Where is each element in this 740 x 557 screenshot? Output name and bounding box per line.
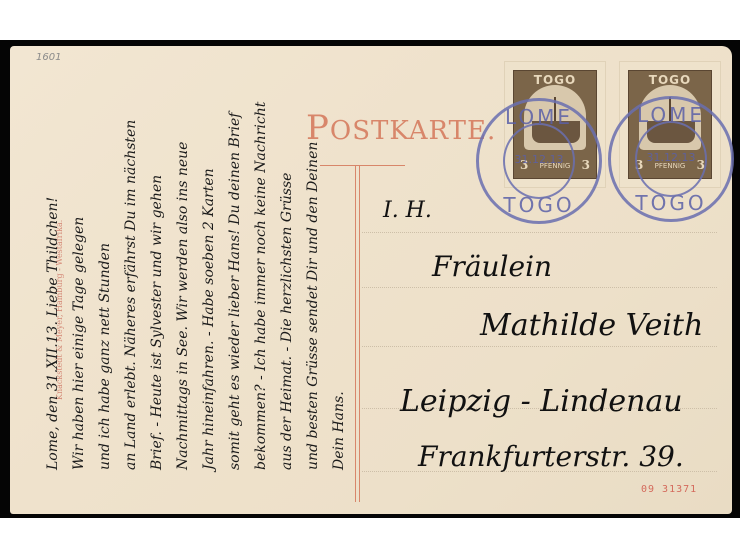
message-line: an Land erlebt. Näheres erfährst Du im n… [118,50,144,470]
message-line: bekommen? - Ich habe immer noch keine Na… [248,50,274,470]
postmark-region: TOGO [479,193,599,217]
postmark-region: TOGO [611,191,731,215]
serial-number: 09 31371 [641,484,697,495]
message-line: Nachmittags in See. Wir werden also ins … [170,50,196,470]
message-line: Lome, den 31.XII.13. Liebe Thildchen! [40,50,66,470]
address-line-rule [362,287,717,288]
postmark-cancellation: LOME 31.12.13 TOGO [608,96,734,222]
postmark-date: 31.12.13 [611,151,731,164]
message-line: Wir haben hier einige Tage gelegen [66,50,92,470]
message-line: Jahr hineinfahren. - Habe soeben 2 Karte… [196,50,222,470]
message-line: somit geht es wieder lieber Hans! Du dei… [222,50,248,470]
address-line-rule [362,346,717,347]
postmark-town: LOME [479,105,599,129]
address-salutation: Fräulein [432,250,552,283]
postmark-town: LOME [611,103,731,127]
message-line: und ich habe ganz nett Stunden [92,50,118,470]
address-recipient: Mathilde Veith [480,308,703,343]
address-city: Leipzig - Lindenau [400,384,683,419]
title-rest: OSTKARTE. [330,116,496,146]
address-street: Frankfurterstr. 39. [418,440,684,473]
message-line: Brief. - Heute ist Sylvester und wir geh… [144,50,170,470]
address-honorific: I. H. [383,198,432,223]
stamp-country: TOGO [629,73,711,87]
divider-vertical [355,166,360,502]
postmark-cancellation: LOME 31.12.13 TOGO [476,98,602,224]
message-line: Dein Hans. [326,50,352,470]
message-line: aus der Heimat. - Die herzlichsten Grüss… [274,50,300,470]
address-line-rule [362,232,717,233]
stamp-country: TOGO [514,73,596,87]
message-line: und besten Grüsse sendet Dir und den Dei… [300,50,326,470]
handwritten-message: Lome, den 31.XII.13. Liebe Thildchen! Wi… [40,50,352,470]
postmark-date: 31.12.13 [479,153,599,166]
